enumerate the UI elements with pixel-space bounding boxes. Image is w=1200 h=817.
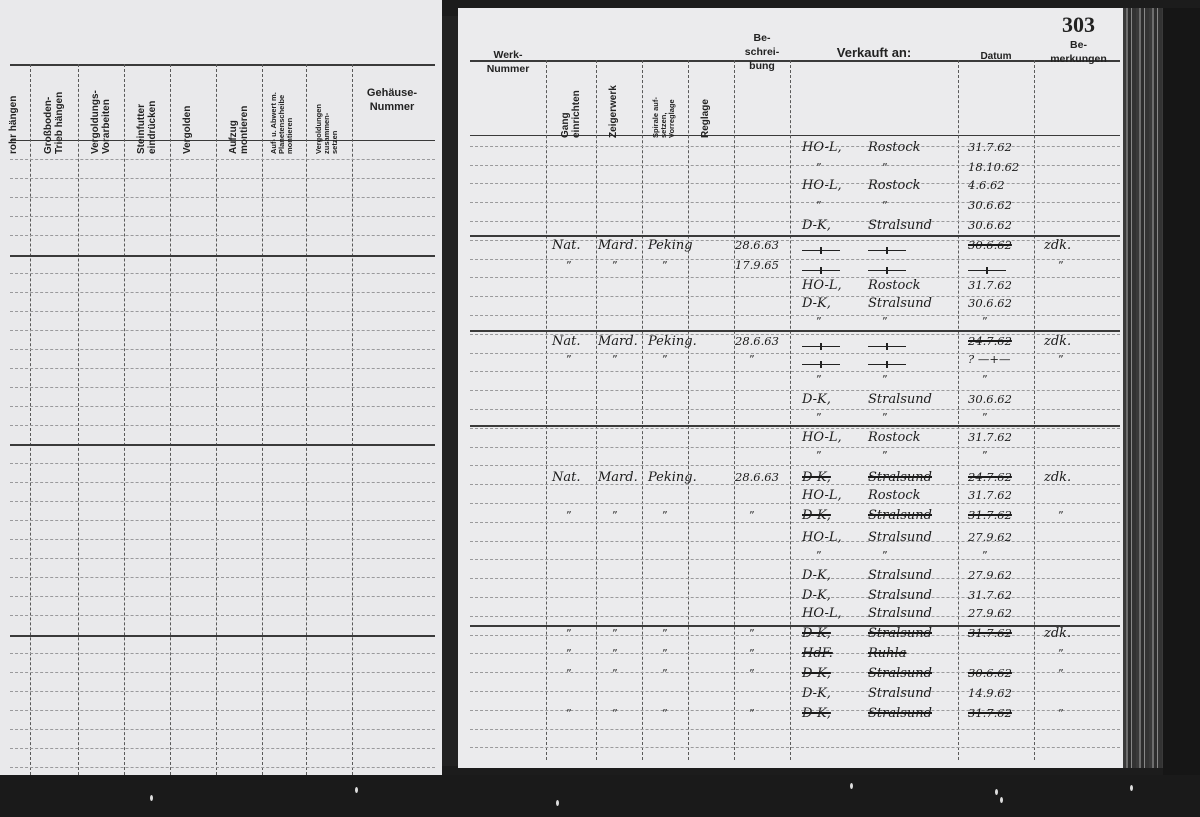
sold-to-buyer: HO-L, [802, 488, 842, 503]
row-rule [10, 311, 435, 312]
dash-ditto-mark [802, 270, 840, 271]
dash-ditto-mark [802, 250, 840, 251]
sold-to-city: Rostock [868, 430, 921, 445]
ditto-mark: ” [882, 549, 888, 562]
column-divider [30, 64, 31, 775]
header-top-rule [10, 64, 435, 66]
column-header: Datum [958, 50, 1034, 64]
sold-to-city: Stralsund [868, 706, 932, 721]
sold-to-buyer: D-K, [802, 568, 831, 583]
row-rule [10, 748, 435, 749]
handwritten-cell: Nat. [552, 238, 580, 253]
sale-date: ? —+— [968, 352, 1010, 366]
ditto-mark: ” [566, 707, 572, 720]
sold-to-buyer: D-K, [802, 218, 831, 233]
row-rule [10, 520, 435, 521]
ditto-mark: ” [982, 373, 988, 386]
sold-to-city: Rostock [868, 488, 921, 503]
sold-to-city: Stralsund [868, 626, 932, 641]
sold-to-buyer: HO-L, [802, 606, 842, 621]
dash-ditto-mark [868, 270, 906, 271]
sale-date: 31.7.62 [968, 140, 1012, 154]
column-header: Steinfutter eindrücken [136, 72, 158, 154]
page-number: 303 [1062, 12, 1095, 38]
row-rule [10, 577, 435, 578]
sale-date: 4.6.62 [968, 178, 1005, 192]
remark: zdk. [1044, 238, 1071, 253]
row-rule [10, 653, 435, 654]
dash-ditto-mark [968, 270, 1006, 271]
ditto-mark: ” [1058, 667, 1064, 680]
row-rule [10, 539, 435, 540]
sale-date: 18.10.62 [968, 160, 1019, 174]
sale-date: 14.9.62 [968, 686, 1012, 700]
row-rule [470, 578, 1120, 579]
column-header: Verkauft an: [790, 46, 958, 60]
section-rule [470, 330, 1120, 332]
sold-to-city: Stralsund [868, 686, 932, 701]
ditto-mark: ” [816, 411, 822, 424]
section-rule [470, 425, 1120, 427]
sold-to-city: Stralsund [868, 530, 932, 545]
sale-date: 27.9.62 [968, 530, 1012, 544]
sale-date: 31.7.62 [968, 430, 1012, 444]
ditto-mark: ” [612, 647, 618, 660]
ditto-mark: ” [566, 667, 572, 680]
row-rule [470, 277, 1120, 278]
ditto-mark: ” [882, 411, 888, 424]
dash-ditto-mark [802, 346, 840, 347]
sale-date: 30.6.62 [968, 666, 1012, 680]
section-rule [10, 635, 435, 637]
sale-date: 30.6.62 [968, 238, 1012, 252]
row-rule [10, 292, 435, 293]
header-bottom-rule [10, 140, 435, 141]
sold-to-buyer: HO-L, [802, 530, 842, 545]
row-rule [10, 482, 435, 483]
row-rule [470, 183, 1120, 184]
book-gutter [442, 16, 458, 766]
sold-to-city: Rostock [868, 278, 921, 293]
row-rule [10, 463, 435, 464]
column-header: Be- schrei- bung [734, 31, 790, 73]
column-header: Vergoldungen zusammen- setzen [315, 72, 339, 154]
sold-to-city: Stralsund [868, 296, 932, 311]
handwritten-cell: Mard. [598, 238, 638, 253]
dash-ditto-mark [868, 250, 906, 251]
ditto-mark: ” [612, 509, 618, 522]
row-rule [10, 368, 435, 369]
row-rule [470, 691, 1120, 692]
handwritten-cell: Mard. [598, 334, 638, 349]
ditto-mark: ” [566, 259, 572, 272]
handwritten-cell: Nat. [552, 334, 580, 349]
column-header: Reglage [700, 68, 711, 138]
sold-to-buyer: HdF. [802, 646, 833, 661]
column-header: Aufzug montieren [228, 72, 250, 154]
row-rule [10, 330, 435, 331]
ditto-mark: ” [1058, 707, 1064, 720]
handwritten-cell: Peking [648, 238, 693, 253]
sold-to-city: Stralsund [868, 218, 932, 233]
ditto-mark: ” [662, 259, 668, 272]
dash-ditto-mark [868, 346, 906, 347]
book-spine-edge [1163, 8, 1200, 778]
column-header: Großboden- Trieb hängen [43, 72, 65, 154]
ditto-mark: ” [566, 353, 572, 366]
ditto-mark: ” [612, 707, 618, 720]
row-rule [10, 425, 435, 426]
ditto-mark: ” [1058, 259, 1064, 272]
ditto-mark: ” [749, 353, 755, 366]
ditto-mark: ” [749, 509, 755, 522]
ditto-mark: ” [612, 627, 618, 640]
row-rule [470, 146, 1120, 147]
row-rule [470, 296, 1120, 297]
row-rule [10, 691, 435, 692]
ditto-mark: ” [662, 627, 668, 640]
ditto-mark: ” [982, 315, 988, 328]
ditto-mark: ” [816, 199, 822, 212]
sold-to-buyer: HO-L, [802, 278, 842, 293]
column-header: Vergoldungs- Vorarbeiten [90, 72, 112, 154]
sale-date: 30.6.62 [968, 296, 1012, 310]
row-rule [470, 465, 1120, 466]
row-rule [470, 597, 1120, 598]
ditto-mark: ” [1058, 509, 1064, 522]
remark: zdk. [1044, 334, 1071, 349]
book-spine [1123, 8, 1163, 768]
ditto-mark: ” [982, 449, 988, 462]
sold-to-buyer: D-K, [802, 508, 831, 523]
ditto-mark: ” [816, 449, 822, 462]
column-header: Auf- u. Abwert m. Planetenscheibe montie… [270, 72, 294, 154]
ditto-mark: ” [662, 647, 668, 660]
remark: zdk. [1044, 626, 1071, 641]
sale-date: 31.7.62 [968, 626, 1012, 640]
sale-date: 31.7.62 [968, 278, 1012, 292]
column-header: Gang einrichten [560, 68, 582, 138]
row-rule [470, 559, 1120, 560]
handwritten-cell: Mard. [598, 470, 638, 485]
ditto-mark: ” [749, 667, 755, 680]
ditto-mark: ” [882, 199, 888, 212]
row-rule [470, 390, 1120, 391]
handwritten-cell: Nat. [552, 470, 580, 485]
sale-date: 24.7.62 [968, 334, 1012, 348]
row-rule [470, 428, 1120, 429]
sold-to-city: Stralsund [868, 606, 932, 621]
ditto-mark: ” [982, 549, 988, 562]
row-rule [10, 729, 435, 730]
sold-to-city: Ruhla [868, 646, 906, 661]
sale-date: 24.7.62 [968, 470, 1012, 484]
handwritten-date: 28.6.63 [735, 470, 779, 484]
row-rule [470, 747, 1120, 748]
ditto-mark: ” [749, 627, 755, 640]
sold-to-city: Stralsund [868, 666, 932, 681]
row-rule [10, 197, 435, 198]
ditto-mark: ” [749, 647, 755, 660]
ditto-mark: ” [816, 161, 822, 174]
sold-to-buyer: D-K, [802, 666, 831, 681]
column-header: Gehäuse- Nummer [352, 86, 432, 114]
sold-to-buyer: D-K, [802, 470, 831, 485]
dust-speck [1130, 785, 1133, 791]
row-rule [10, 558, 435, 559]
ditto-mark: ” [882, 161, 888, 174]
handwritten-cell: Peking. [648, 470, 697, 485]
handwritten-date: 28.6.63 [735, 238, 779, 252]
sold-to-city: Stralsund [868, 588, 932, 603]
dust-speck [1000, 797, 1003, 803]
sale-date: 30.6.62 [968, 218, 1012, 232]
ditto-mark: ” [882, 449, 888, 462]
column-divider [306, 64, 307, 775]
ditto-mark: ” [816, 373, 822, 386]
section-rule [10, 255, 435, 257]
column-divider [262, 64, 263, 775]
sale-date: 30.6.62 [968, 392, 1012, 406]
sale-date: 31.7.62 [968, 706, 1012, 720]
ditto-mark: ” [566, 647, 572, 660]
row-rule [10, 501, 435, 502]
ditto-mark: ” [749, 707, 755, 720]
section-rule [470, 235, 1120, 237]
row-rule [10, 596, 435, 597]
column-divider [170, 64, 171, 775]
remark: zdk. [1044, 470, 1071, 485]
column-header: Vergolden [182, 72, 193, 154]
column-header: Spirale auf- setzen, Vorreglage [652, 68, 676, 138]
ditto-mark: ” [982, 411, 988, 424]
sold-to-buyer: HO-L, [802, 178, 842, 193]
sold-to-city: Stralsund [868, 508, 932, 523]
table-surface [0, 775, 1200, 817]
dust-speck [556, 800, 559, 806]
sold-to-buyer: D-K, [802, 686, 831, 701]
section-rule [10, 444, 435, 446]
column-header: rohr hängen [8, 72, 19, 154]
ditto-mark: ” [612, 259, 618, 272]
row-rule [10, 273, 435, 274]
handwritten-date: 17.9.65 [735, 258, 779, 272]
dust-speck [850, 783, 853, 789]
column-header: Werk- Nummer [470, 48, 546, 76]
column-divider [124, 64, 125, 775]
column-divider [352, 64, 353, 775]
ditto-mark: ” [882, 373, 888, 386]
dust-speck [355, 787, 358, 793]
row-rule [10, 349, 435, 350]
ditto-mark: ” [612, 667, 618, 680]
ditto-mark: ” [566, 509, 572, 522]
sale-date: 31.7.62 [968, 488, 1012, 502]
sold-to-buyer: D-K, [802, 392, 831, 407]
right-ledger-page: 303 Werk- NummerGang einrichtenZeigerwer… [458, 8, 1123, 768]
row-rule [470, 409, 1120, 410]
ditto-mark: ” [566, 627, 572, 640]
row-rule [470, 371, 1120, 372]
row-rule [10, 672, 435, 673]
dash-ditto-mark [802, 364, 840, 365]
sale-date: 27.9.62 [968, 606, 1012, 620]
row-rule [10, 767, 435, 768]
row-rule [10, 216, 435, 217]
row-rule [10, 710, 435, 711]
column-header: Zeigerwerk [608, 68, 619, 138]
sale-date: 31.7.62 [968, 588, 1012, 602]
row-rule [10, 178, 435, 179]
row-rule [470, 447, 1120, 448]
ditto-mark: ” [662, 353, 668, 366]
sold-to-buyer: D-K, [802, 626, 831, 641]
sold-to-buyer: D-K, [802, 296, 831, 311]
column-divider [216, 64, 217, 775]
handwritten-cell: Peking. [648, 334, 697, 349]
handwritten-date: 28.6.63 [735, 334, 779, 348]
sold-to-city: Stralsund [868, 470, 932, 485]
row-rule [10, 406, 435, 407]
ditto-mark: ” [1058, 647, 1064, 660]
row-rule [470, 503, 1120, 504]
ditto-mark: ” [816, 315, 822, 328]
column-header: Be- merkungen [1034, 38, 1123, 66]
ditto-mark: ” [662, 707, 668, 720]
sold-to-buyer: D-K, [802, 588, 831, 603]
sold-to-buyer: D-K, [802, 706, 831, 721]
sold-to-city: Rostock [868, 178, 921, 193]
ditto-mark: ” [662, 667, 668, 680]
ditto-mark: ” [816, 549, 822, 562]
row-rule [10, 615, 435, 616]
left-ledger-page: rohr hängenGroßboden- Trieb hängenVergol… [0, 0, 442, 775]
row-rule [470, 221, 1120, 222]
sold-to-buyer: HO-L, [802, 430, 842, 445]
sale-date: 27.9.62 [968, 568, 1012, 582]
row-rule [10, 387, 435, 388]
ditto-mark: ” [612, 353, 618, 366]
dust-speck [995, 789, 998, 795]
dust-speck [150, 795, 153, 801]
sale-date: 31.7.62 [968, 508, 1012, 522]
column-divider [78, 64, 79, 775]
sold-to-city: Rostock [868, 140, 921, 155]
row-rule [470, 165, 1120, 166]
dash-ditto-mark [868, 364, 906, 365]
ditto-mark: ” [882, 315, 888, 328]
row-rule [10, 235, 435, 236]
row-rule [470, 616, 1120, 617]
sold-to-buyer: HO-L, [802, 140, 842, 155]
row-rule [470, 315, 1120, 316]
sold-to-city: Stralsund [868, 392, 932, 407]
ditto-mark: ” [1058, 353, 1064, 366]
row-rule [10, 159, 435, 160]
sold-to-city: Stralsund [868, 568, 932, 583]
ditto-mark: ” [662, 509, 668, 522]
row-rule [470, 541, 1120, 542]
row-rule [470, 202, 1120, 203]
sale-date: 30.6.62 [968, 198, 1012, 212]
row-rule [470, 729, 1120, 730]
